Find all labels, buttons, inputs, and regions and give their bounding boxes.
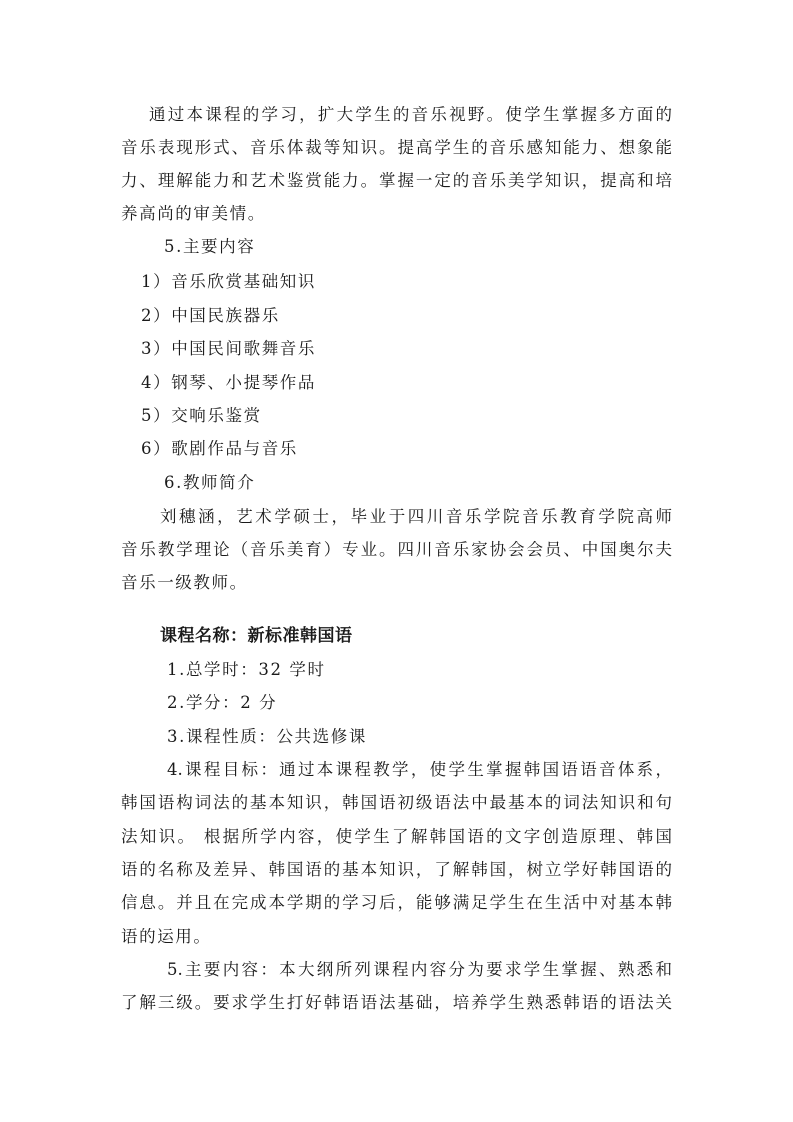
korean-content-line-2: 了解三级。要求学生打好韩语语法基础，培养学生熟悉韩语的语法关 [121,993,672,1013]
korean-objective-line-6: 语的运用。 [121,927,212,947]
music-content-heading: 5.主要内容 [164,237,255,257]
korean-content-line-1: 5.主要内容：本大纲所列课程内容分为要求学生掌握、熟悉和 [167,960,672,980]
teacher-heading: 6.教师简介 [164,473,255,493]
korean-objective-line-3: 法知识。 根据所学内容，使学生了解韩国语的文字创造原理、韩国 [121,827,672,847]
teacher-line-1: 刘穗涵，艺术学硕士，毕业于四川音乐学院音乐教育学院高师 [160,507,672,527]
teacher-line-3: 音乐一级教师。 [121,573,248,593]
music-content-item-2: 2）中国民族器乐 [141,306,280,326]
teacher-line-2: 音乐教学理论（音乐美育）专业。四川音乐家协会会员、中国奥尔夫 [121,540,672,560]
music-objective-line-4: 养高尚的审美情。 [121,204,266,224]
music-objective-line-2: 音乐表现形式、音乐体裁等知识。提高学生的音乐感知能力、想象能 [121,138,672,158]
korean-credits: 2.学分：2 分 [167,693,277,713]
music-objective-line-3: 力、理解能力和艺术鉴赏能力。掌握一定的音乐美学知识，提高和培 [121,171,672,191]
korean-objective-line-1: 4.课程目标：通过本课程教学，使学生掌握韩国语语音体系， [167,760,672,780]
korean-objective-line-2: 韩国语构词法的基本知识，韩国语初级语法中最基本的词法知识和句 [121,793,672,813]
korean-objective-line-5: 信息。并且在完成本学期的学习后，能够满足学生在生活中对基本韩 [121,893,672,913]
music-content-item-4: 4）钢琴、小提琴作品 [141,373,316,393]
korean-hours: 1.总学时：32 学时 [167,660,326,680]
music-content-item-3: 3）中国民间歌舞音乐 [141,339,316,359]
document-page: 通过本课程的学习，扩大学生的音乐视野。使学生掌握多方面的 音乐表现形式、音乐体裁… [0,0,793,1122]
korean-nature: 3.课程性质：公共选修课 [167,727,367,747]
music-content-item-6: 6）歌剧作品与音乐 [141,439,298,459]
korean-objective-line-4: 语的名称及差异、韩国语的基本知识，了解韩国，树立学好韩国语的 [121,860,672,880]
korean-course-title: 课程名称：新标准韩国语 [160,626,353,646]
music-content-item-5: 5）交响乐鉴赏 [141,406,262,426]
music-objective-line-1: 通过本课程的学习，扩大学生的音乐视野。使学生掌握多方面的 [149,105,672,125]
music-content-item-1: 1）音乐欣赏基础知识 [141,272,316,292]
